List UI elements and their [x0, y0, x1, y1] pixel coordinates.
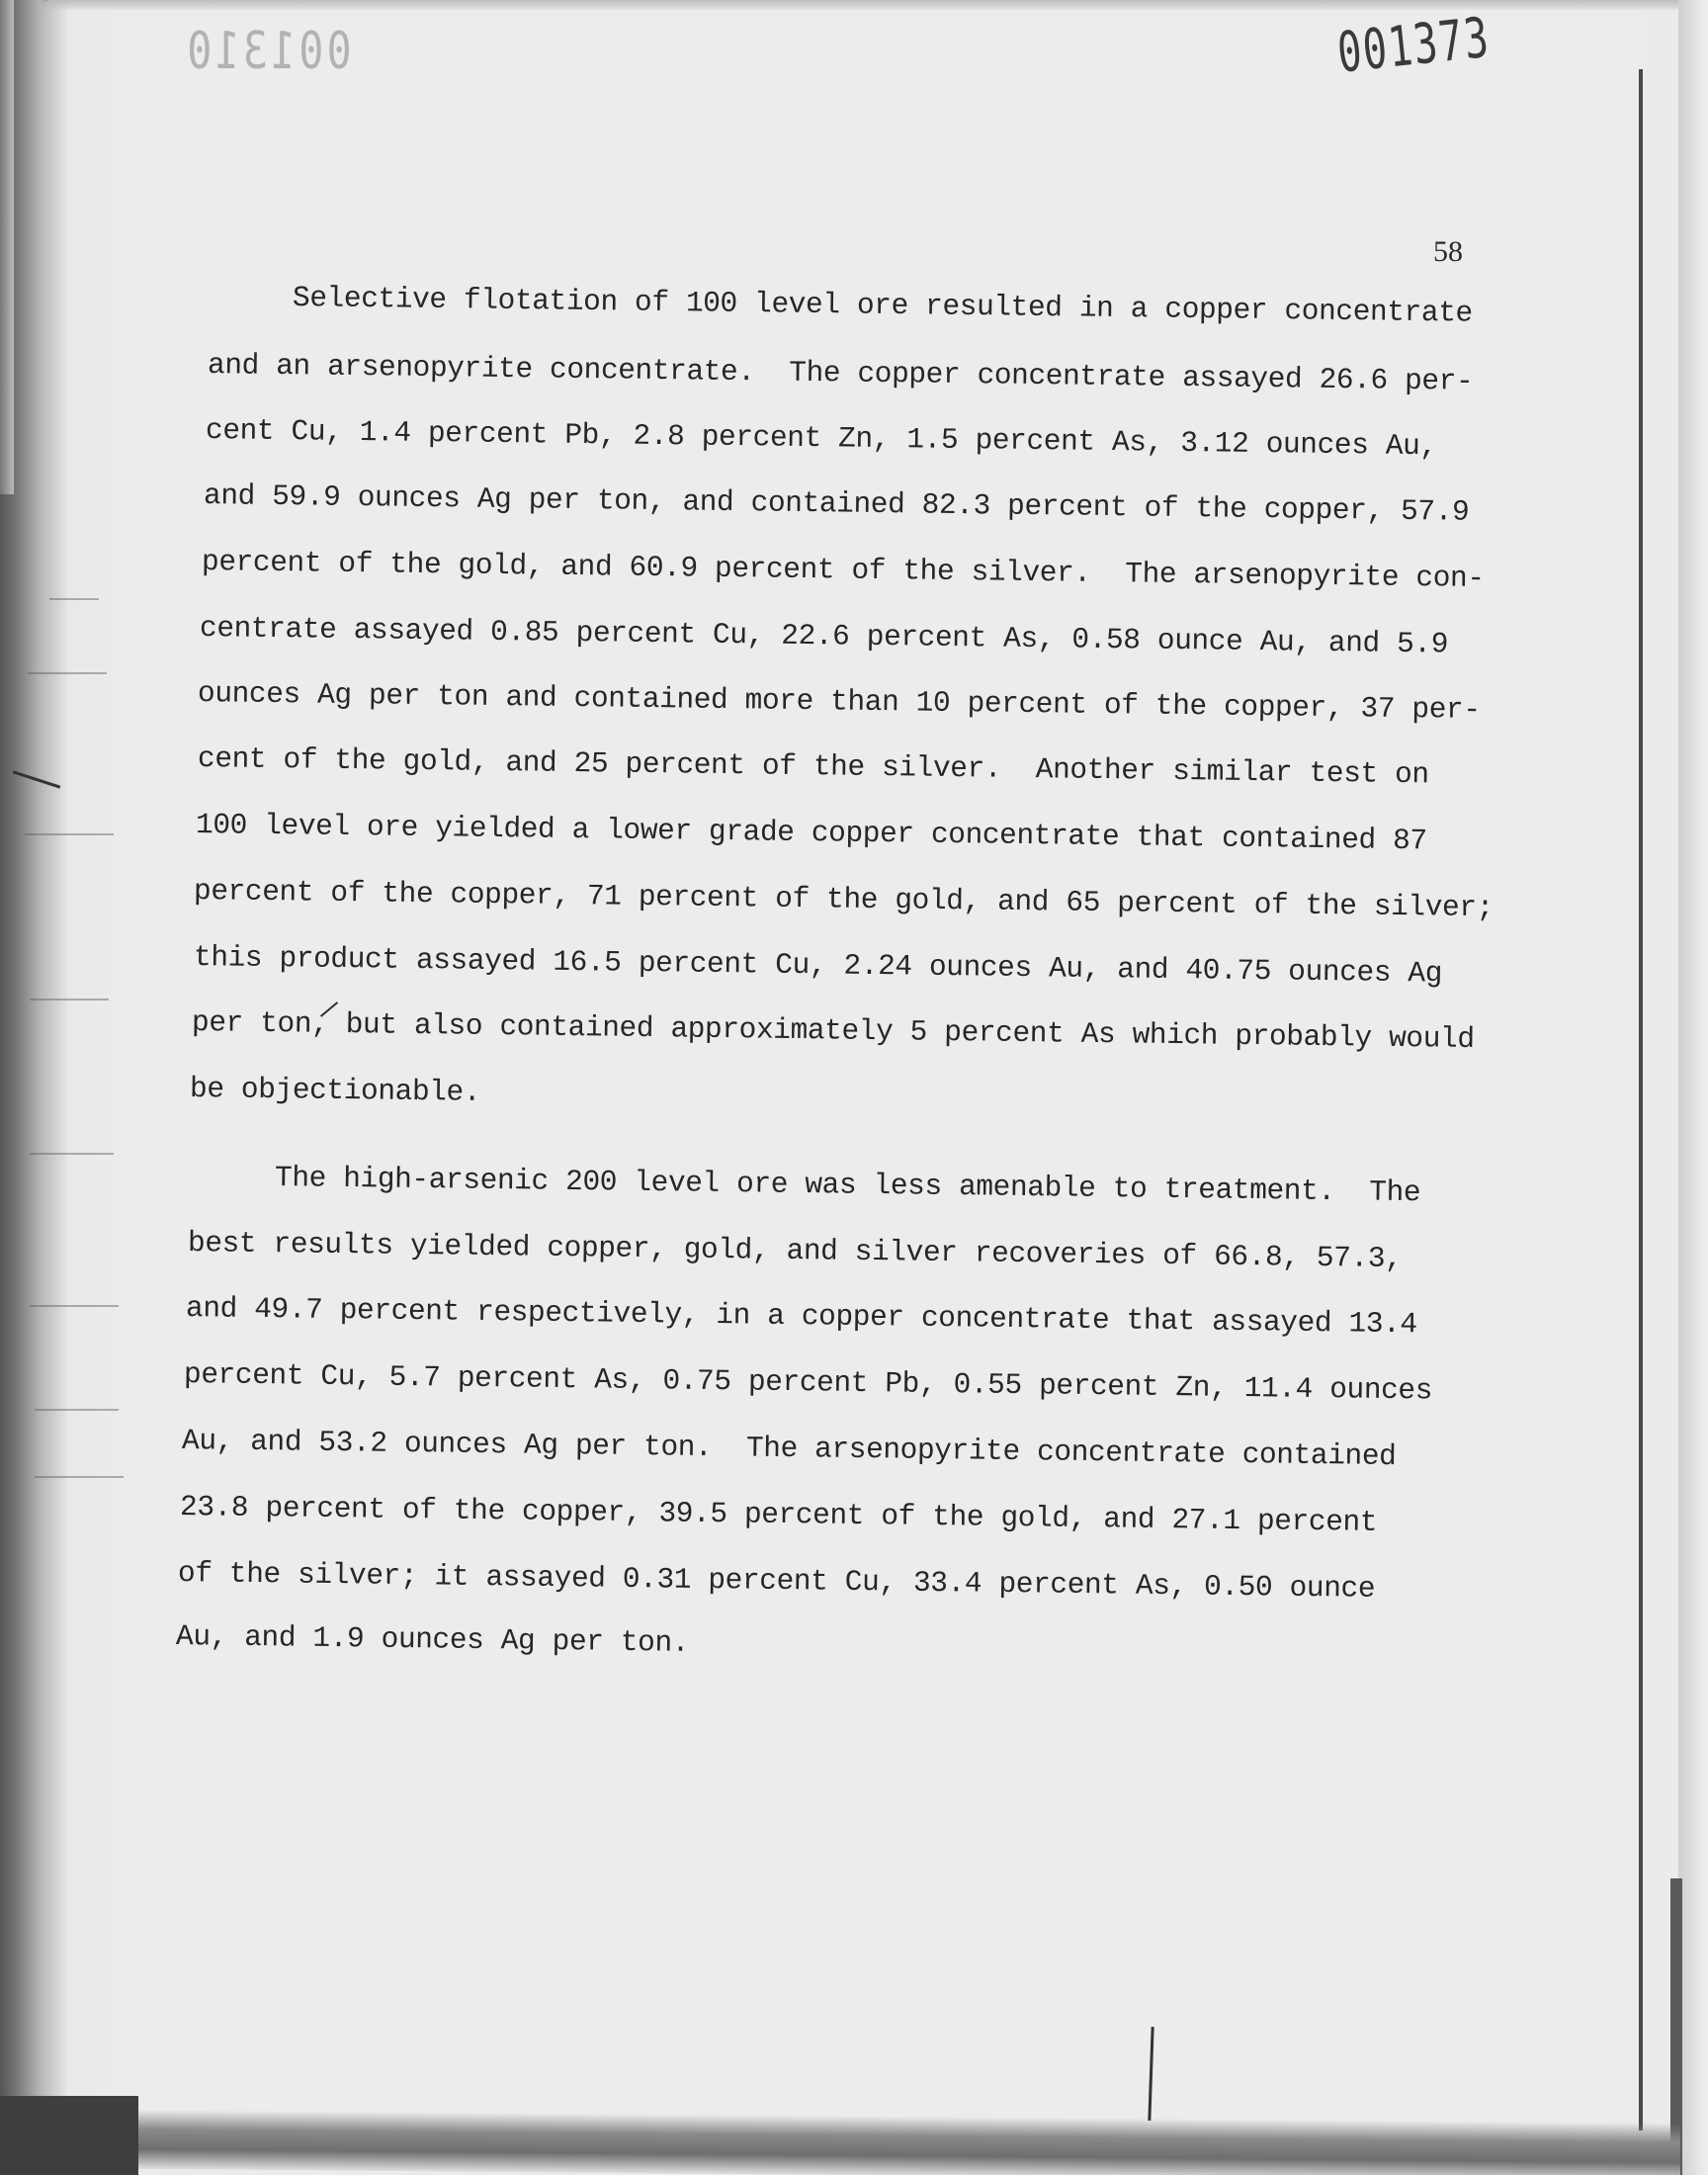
text-line: be objectionable.	[190, 1072, 481, 1109]
scanned-page: 001310 001373 58 Selective flotation of …	[0, 0, 1708, 2175]
text-line: Selective flotation of 100 level ore res…	[293, 281, 1473, 330]
text-line: percent of the gold, and 60.9 percent of…	[202, 545, 1485, 595]
text-line: cent of the gold, and 25 percent of the …	[198, 741, 1429, 791]
text-line: this product assayed 16.5 percent Cu, 2.…	[194, 940, 1442, 991]
text-line: ounces Ag per ton and contained more tha…	[198, 676, 1481, 727]
text-line: of the silver; it assayed 0.31 percent C…	[178, 1556, 1376, 1606]
text-line: 23.8 percent of the copper, 39.5 percent…	[180, 1490, 1378, 1539]
text-line: The high-arsenic 200 level ore was less …	[275, 1161, 1421, 1209]
text-line: and 49.7 percent respectively, in a copp…	[186, 1291, 1417, 1341]
text-line: Au, and 53.2 ounces Ag per ton. The arse…	[182, 1424, 1397, 1473]
text-line: percent Cu, 5.7 percent As, 0.75 percent…	[184, 1357, 1432, 1408]
text-line: best results yielded copper, gold, and s…	[188, 1226, 1403, 1275]
text-line: percent of the copper, 71 percent of the…	[194, 874, 1494, 924]
text-line: Au, and 1.9 ounces Ag per ton.	[176, 1619, 689, 1660]
body-text: Selective flotation of 100 level ore res…	[0, 0, 1708, 2175]
text-line: per ton, but also contained approximatel…	[192, 1005, 1475, 1056]
text-line: and an arsenopyrite concentrate. The cop…	[208, 348, 1474, 398]
text-line: centrate assayed 0.85 percent Cu, 22.6 p…	[200, 611, 1448, 661]
text-line: and 59.9 ounces Ag per ton, and containe…	[204, 478, 1470, 529]
text-line: cent Cu, 1.4 percent Pb, 2.8 percent Zn,…	[206, 413, 1437, 463]
text-line: 100 level ore yielded a lower grade copp…	[196, 808, 1427, 857]
